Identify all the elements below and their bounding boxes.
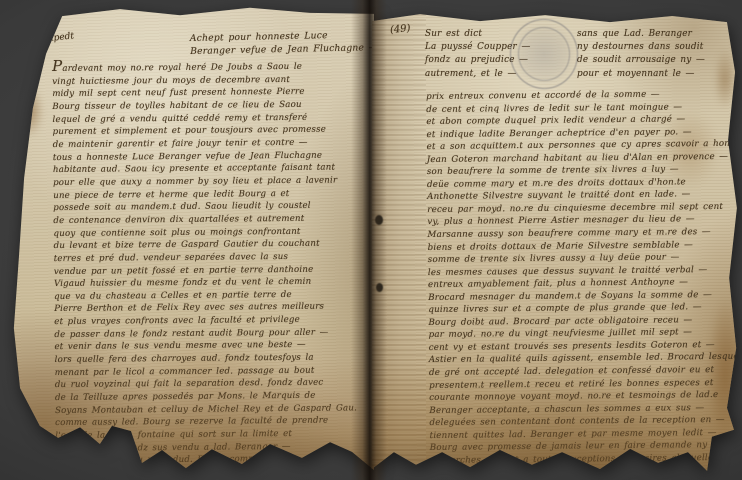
manuscript-line: de soudit arrousaige ny —: [577, 54, 734, 67]
margin-annotation: Expedt: [42, 31, 75, 44]
left-page: Expedt Achept pour honneste LuceBeranger…: [8, 5, 374, 470]
stamp-inner-ring: [514, 24, 573, 85]
deed-heading: Achept pour honneste LuceBeranger vefue …: [190, 28, 379, 58]
folio-number: (49): [389, 23, 411, 36]
stain: [16, 85, 44, 137]
top-two-column-block: Sur est dictLa puyssé Coupper —fondz au …: [425, 28, 734, 81]
manuscript-line: extremitté du fondz sus vendu a lad. Ber…: [55, 440, 373, 455]
binding-gutter-shadow: [351, 0, 387, 480]
manuscript-line: recherches renon.t a toutes exceptions c…: [430, 452, 740, 468]
left-page-wrap: Expedt Achept pour honneste LuceBeranger…: [8, 5, 374, 470]
manuscript-line: ny destournes dans soudit: [577, 41, 734, 54]
manuscript-line: sans que Lad. Beranger: [577, 28, 734, 41]
right-page-wrap: (49) Sur est dictLa puyssé Coupper —fond…: [370, 9, 738, 476]
archive-photo-backdrop: Expedt Achept pour honneste LuceBeranger…: [0, 0, 742, 480]
manuscript-line: pour et moyennant le —: [577, 68, 734, 81]
manuscript-line: pour larrosaige du pred dud. Bourg comme: [55, 453, 373, 468]
round-notary-stamp-icon: [505, 15, 582, 94]
left-page-text: Pardevant moy no.re royal heré De Joubs …: [52, 57, 374, 468]
right-page: (49) Sur est dictLa puyssé Coupper —fond…: [370, 9, 738, 476]
opening-column: sans que Lad. Berangerny destournes dans…: [577, 28, 734, 81]
right-page-text: prix entreux convenu et accordé de la so…: [426, 88, 740, 468]
